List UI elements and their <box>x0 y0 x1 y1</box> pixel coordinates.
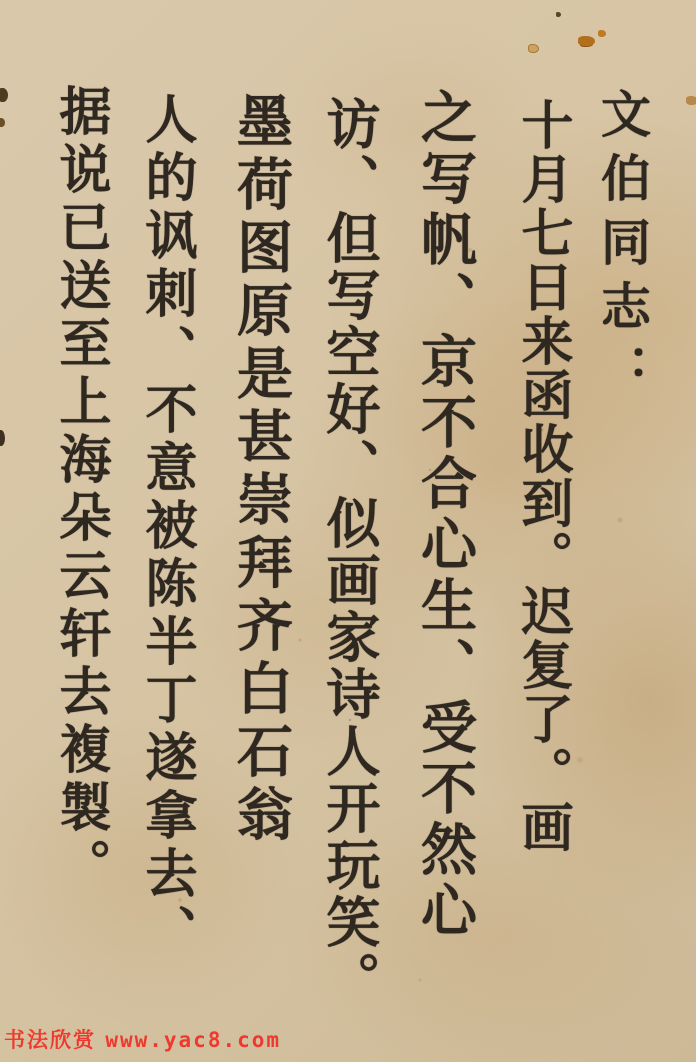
calligraphy-column-6: 人的讽刺、不意被陈半丁遂拿去、 <box>129 92 204 962</box>
paper-edge-mark <box>686 96 696 105</box>
paper-damage-fleck <box>578 36 595 46</box>
paper-damage-fleck <box>556 12 561 17</box>
calligraphy-column-3: 之写帆、京不合心生、受不然心 <box>404 88 484 942</box>
watermark-site-url: www.yac8.com <box>105 1028 281 1052</box>
calligraphy-letter-scan: 文伯同志： 十月七日来函收到。迟复了。画 之写帆、京不合心生、受不然心 访、但写… <box>0 0 696 1062</box>
watermark-site-name: 书法欣赏 <box>4 1028 96 1052</box>
calligraphy-column-salutation: 文伯同志： <box>586 88 658 408</box>
paper-edge-mark <box>0 118 5 127</box>
paper-edge-mark <box>0 430 5 446</box>
calligraphy-column-5: 墨荷图原是甚崇拜齐白石翁 <box>220 92 300 848</box>
paper-damage-fleck <box>598 30 606 37</box>
calligraphy-column-2: 十月七日来函收到。迟复了。画 <box>505 98 580 854</box>
calligraphy-column-7: 据说已送至上海朵云轩去複製。 <box>43 84 118 896</box>
paper-edge-mark <box>0 88 8 102</box>
calligraphy-column-4: 访、但写空好、似画家诗人开玩笑。 <box>311 96 388 1008</box>
paper-damage-fleck <box>528 44 539 53</box>
site-watermark: 书法欣赏 www.yac8.com <box>4 1024 281 1054</box>
